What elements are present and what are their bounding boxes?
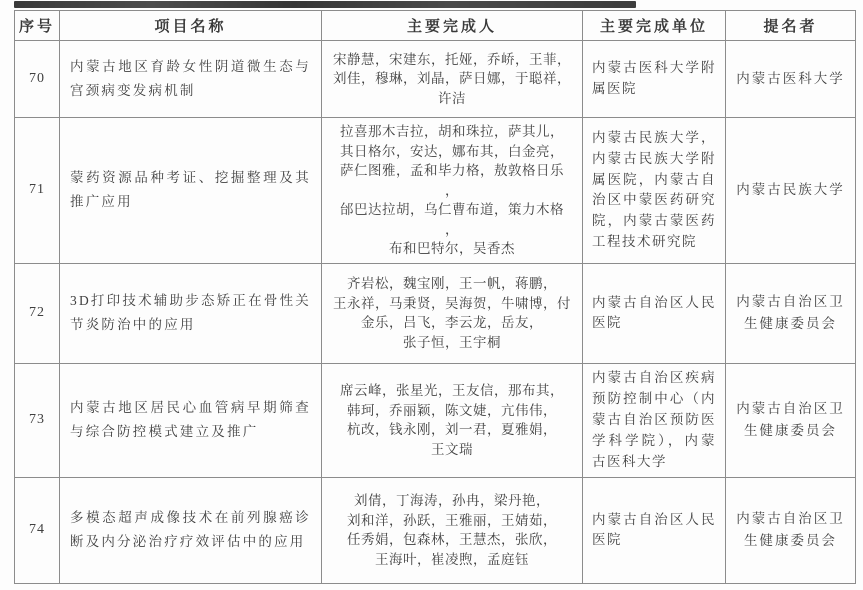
- cell-main-completers: 刘倩，丁海涛，孙冉，梁丹艳， 刘和洋，孙跃，王雅丽，王婧茹， 任秀娟，包森林，王…: [322, 477, 583, 583]
- header-cell-main-units: 主要完成单位: [583, 11, 726, 41]
- header-cell-main-completers: 主要完成人: [322, 11, 583, 41]
- header-cell-serial-number: 序号: [15, 11, 60, 41]
- award-table: 序号 项目名称 主要完成人 主要完成单位 提名者 70 内蒙古地区育龄女性阴道微…: [14, 10, 856, 584]
- cell-project-name: 内蒙古地区居民心血管病早期筛查与综合防控模式建立及推广: [60, 363, 322, 477]
- cell-main-units: 内蒙古自治区人民医院: [583, 263, 726, 363]
- cell-main-completers: 拉喜那木吉拉，胡和珠拉，萨其儿， 其日格尔，安达，娜布其，白金亮， 萨仁图雅，孟…: [322, 118, 583, 264]
- cell-nominator: 内蒙古自治区卫 生健康委员会: [726, 363, 856, 477]
- cell-nominator: 内蒙古民族大学: [726, 118, 856, 264]
- header-cell-project-name: 项目名称: [60, 11, 322, 41]
- table-row: 71 蒙药资源品种考证、挖掘整理及其推广应用 拉喜那木吉拉，胡和珠拉，萨其儿， …: [15, 118, 856, 264]
- document-page: 序号 项目名称 主要完成人 主要完成单位 提名者 70 内蒙古地区育龄女性阴道微…: [0, 0, 863, 590]
- table-row: 72 3D打印技术辅助步态矫正在骨性关节炎防治中的应用 齐岩松，魏宝刚，王一帆，…: [15, 263, 856, 363]
- cell-main-units: 内蒙古自治区人民医院: [583, 477, 726, 583]
- cell-project-name: 多模态超声成像技术在前列腺癌诊断及内分泌治疗疗效评估中的应用: [60, 477, 322, 583]
- cell-project-name: 3D打印技术辅助步态矫正在骨性关节炎防治中的应用: [60, 263, 322, 363]
- cell-nominator: 内蒙古自治区卫 生健康委员会: [726, 477, 856, 583]
- cell-project-name: 内蒙古地区育龄女性阴道微生态与宫颈病变发病机制: [60, 41, 322, 118]
- cell-serial-number: 74: [15, 477, 60, 583]
- cell-serial-number: 72: [15, 263, 60, 363]
- cell-nominator: 内蒙古自治区卫 生健康委员会: [726, 263, 856, 363]
- cell-main-completers: 席云峰，张星光，王友信，那布其， 韩珂，乔丽颖，陈文婕，亢伟伟， 杭改，钱永刚，…: [322, 363, 583, 477]
- cell-nominator: 内蒙古医科大学: [726, 41, 856, 118]
- cell-main-units: 内蒙古医科大学附属医院: [583, 41, 726, 118]
- cell-serial-number: 70: [15, 41, 60, 118]
- table-row: 73 内蒙古地区居民心血管病早期筛查与综合防控模式建立及推广 席云峰，张星光，王…: [15, 363, 856, 477]
- cell-main-units: 内蒙古民族大学，内蒙古民族大学附属医院，内蒙古自治区中蒙医药研究院，内蒙古蒙医药…: [583, 118, 726, 264]
- header-row: 序号 项目名称 主要完成人 主要完成单位 提名者: [15, 11, 856, 41]
- scan-artifact-bar: [14, 1, 636, 8]
- table-row: 74 多模态超声成像技术在前列腺癌诊断及内分泌治疗疗效评估中的应用 刘倩，丁海涛…: [15, 477, 856, 583]
- cell-serial-number: 71: [15, 118, 60, 264]
- header-cell-nominator: 提名者: [726, 11, 856, 41]
- cell-serial-number: 73: [15, 363, 60, 477]
- cell-main-completers: 齐岩松，魏宝刚，王一帆，蒋鹏， 王永祥，马秉贤，吴海贺，牛啸博，付 金乐，吕飞，…: [322, 263, 583, 363]
- cell-main-units: 内蒙古自治区疾病预防控制中心（内蒙古自治区预防医学科学院），内蒙古医科大学: [583, 363, 726, 477]
- table-row: 70 内蒙古地区育龄女性阴道微生态与宫颈病变发病机制 宋静慧，宋建东，托娅，乔峤…: [15, 41, 856, 118]
- cell-project-name: 蒙药资源品种考证、挖掘整理及其推广应用: [60, 118, 322, 264]
- cell-main-completers: 宋静慧，宋建东，托娅，乔峤，王菲， 刘佳，穆琳，刘晶，萨日娜，于聪祥， 许洁: [322, 41, 583, 118]
